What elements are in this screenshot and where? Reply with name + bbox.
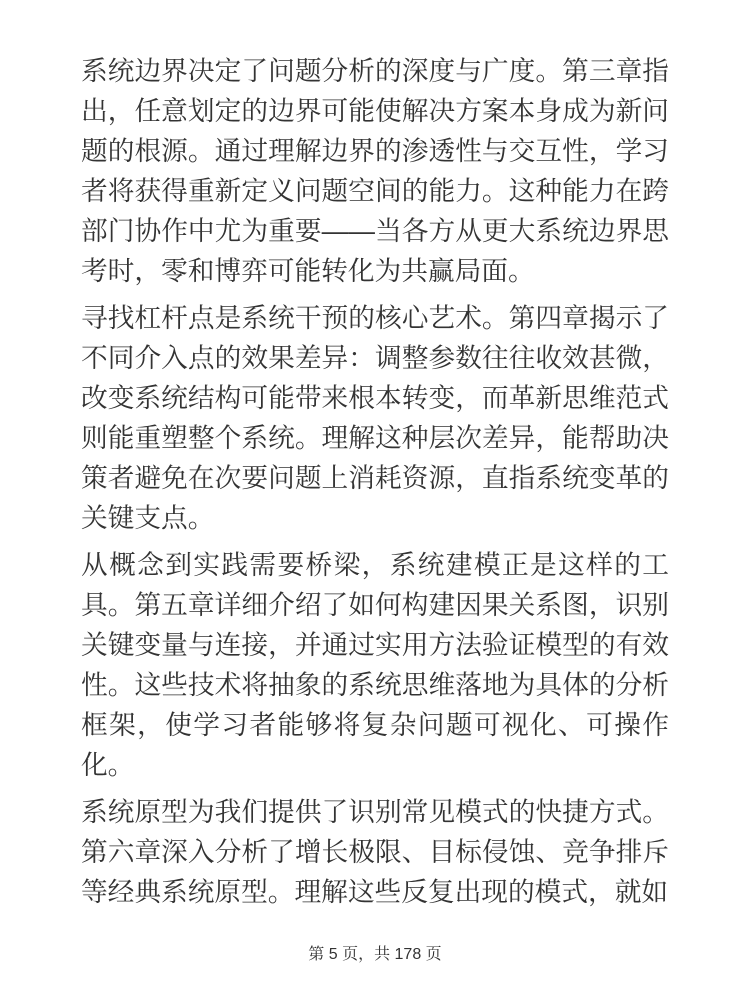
page-indicator: 第 5 页，共 178 页 [308, 946, 441, 963]
paragraph: 寻找杠杆点是系统干预的核心艺术。第四章揭示了不同介入点的效果差异：调整参数往往收… [81, 298, 669, 538]
page-content: 系统边界决定了问题分析的深度与广度。第三章指出，任意划定的边界可能使解决方案本身… [81, 51, 669, 919]
paragraph: 系统原型为我们提供了识别常见模式的快捷方式。第六章深入分析了增长极限、目标侵蚀、… [81, 792, 669, 912]
paragraph: 从概念到实践需要桥梁，系统建模正是这样的工具。第五章详细介绍了如何构建因果关系图… [81, 545, 669, 785]
paragraph: 系统边界决定了问题分析的深度与广度。第三章指出，任意划定的边界可能使解决方案本身… [81, 51, 669, 291]
document-page: 系统边界决定了问题分析的深度与广度。第三章指出，任意划定的边界可能使解决方案本身… [0, 0, 750, 1000]
footer: 第 5 页，共 178 页 [0, 944, 750, 966]
